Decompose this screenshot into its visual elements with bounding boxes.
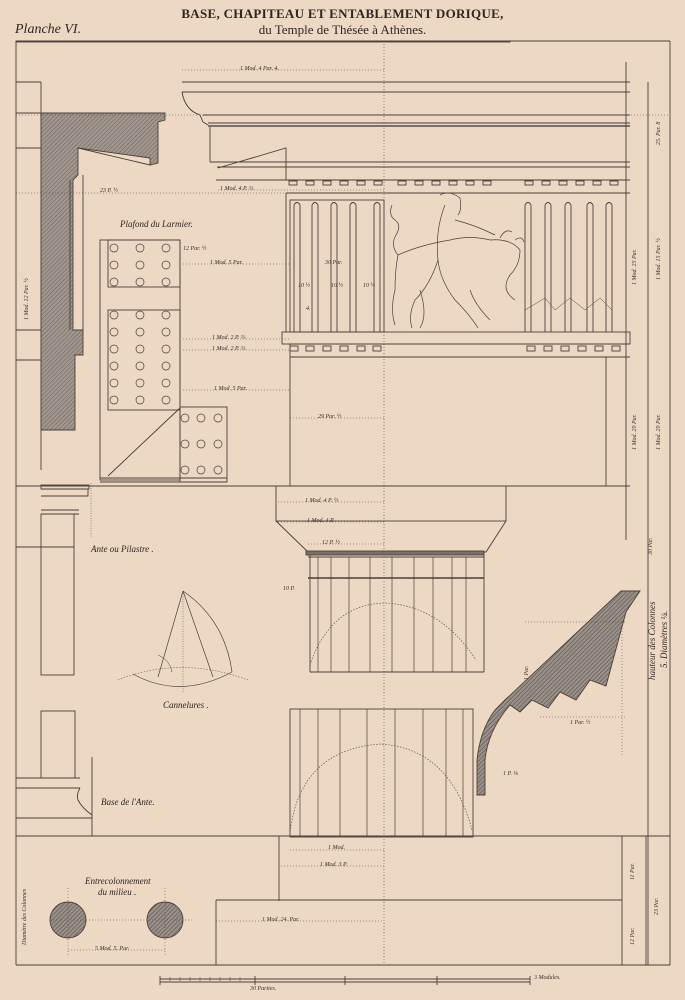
- dim-abacus-2: 1 Mod. 2 P. ⅔: [212, 346, 245, 352]
- dim-stylobate-right-2: 12 Par.: [630, 928, 636, 945]
- dim-flute-2: 1 Par. ½: [570, 720, 590, 726]
- dim-stylobate-right-1: 11 Par.: [630, 863, 636, 880]
- label-entrecolonnement: Entrecolonnement: [85, 876, 151, 886]
- dim-capital-abacus: 1 Mod. 4 P. ½: [305, 498, 338, 504]
- dim-flute-3: 1 P. ⅛: [503, 771, 518, 777]
- dim-architrave-right-2: 1 Mod. 20 Par.: [656, 414, 662, 450]
- dim-stylobate: 1 Mod. 24. Par.: [262, 917, 299, 923]
- label-du-milieu: du milieu .: [98, 887, 136, 897]
- dim-cornice-right-1: 25. Par. 8: [656, 122, 662, 145]
- dim-stylobate-right-3: 23 Par.: [654, 898, 660, 915]
- dim-larmier: 23 P. ½: [100, 188, 118, 194]
- dim-shaft-base-1: 1 Mod.: [328, 845, 345, 851]
- label-base-ante: Base de l'Ante.: [101, 797, 155, 807]
- dim-triglyph-width: 1 Mod. 5 Par.: [210, 260, 243, 266]
- dim-capital-echinus: 1 Mod. 4 P.: [307, 518, 334, 524]
- dim-capital-right: 30 Par.: [648, 538, 654, 555]
- dim-shaft-base-2: 1 Mod. 3 P.: [320, 862, 347, 868]
- label-plafond: Plafond du Larmier.: [120, 219, 193, 229]
- label-cannelures: Cannelures .: [163, 700, 209, 710]
- scale-label-modules: 3 Modules.: [534, 975, 561, 981]
- dim-left-vertical: 1 Mod. 12 Par. ½: [24, 278, 30, 320]
- label-diametres: 5. Diamètres ¼.: [659, 611, 669, 668]
- dim-frieze-sub-3: 10 ½: [363, 283, 375, 289]
- label-ante-pilastre: Ante ou Pilastre .: [91, 544, 154, 554]
- dim-capital-neck: 12 P. ½: [322, 540, 340, 546]
- dim-abacus-1: 1 Mod. 2 P. ⅔: [212, 335, 245, 341]
- dim-corona-proj: 1 Mod. 4 P. ⅔: [220, 186, 253, 192]
- dim-flute-1: 1 Par.: [524, 666, 530, 680]
- dim-metope-height: 30 Par.: [325, 260, 342, 266]
- dim-plafond: 12 Par. ½: [183, 246, 206, 252]
- dim-frieze-sub-1: 10 ½: [298, 283, 310, 289]
- dim-capital-annulets: 10 P.: [283, 586, 295, 592]
- dim-architrave-right-1: 1 Mod. 20 Par.: [632, 414, 638, 450]
- dim-architrave-proj: 1 Mod. 5 Par.: [214, 386, 247, 392]
- scale-label-parties: 30 Parties.: [250, 986, 276, 992]
- dim-architrave-height: 29 Par. ½: [318, 414, 341, 420]
- engraving-plate: Planche VI. BASE, CHAPITEAU ET ENTABLEME…: [0, 0, 685, 1000]
- dim-intercol: 5 Mod. 5. Par.: [95, 946, 129, 952]
- dim-frieze-sub-2: 10 ½: [331, 283, 343, 289]
- dim-cornice-width: 1 Mod. 4 Par. 4.: [240, 66, 279, 72]
- label-diametre-colonne: Diamètre des Colonnes: [22, 889, 28, 945]
- label-hauteur-colonnes: hauteur des Colonnes: [647, 602, 657, 681]
- dim-frieze-right: 1 Mod. 25 Par.: [632, 249, 638, 285]
- dim-frieze-sub-4: 4.: [306, 306, 311, 312]
- dim-cornice-right-2: 1 Mod. 15 Par. ½: [656, 238, 662, 280]
